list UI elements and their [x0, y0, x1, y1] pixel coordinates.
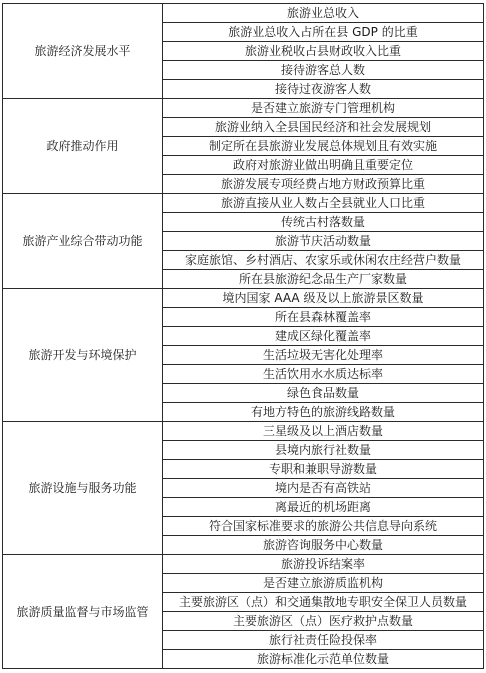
indicator-cell: 建成区绿化覆盖率 — [163, 327, 484, 346]
indicator-cell: 是否建立旅游质监机构 — [163, 574, 484, 593]
indicator-cell: 生活垃圾无害化处理率 — [163, 346, 484, 365]
indicator-cell: 离最近的机场距离 — [163, 498, 484, 517]
indicator-cell: 所在县森林覆盖率 — [163, 308, 484, 327]
table-row: 旅游质量监督与市场监管 旅游投诉结案率 — [3, 555, 484, 574]
indicator-cell: 旅游业税收占县财政收入比重 — [163, 42, 484, 61]
indicator-cell: 旅行社责任险投保率 — [163, 631, 484, 650]
indicator-cell: 绿色食品数量 — [163, 384, 484, 403]
category-cell: 旅游产业综合带动功能 — [3, 194, 163, 289]
indicator-cell: 接待游客总人数 — [163, 61, 484, 80]
indicator-cell: 主要旅游区（点）医疗救护点数量 — [163, 612, 484, 631]
indicator-cell: 制定所在县旅游业发展总体规划且有效实施 — [163, 137, 484, 156]
indicator-cell: 生活饮用水水质达标率 — [163, 365, 484, 384]
indicator-cell: 主要旅游区（点）和交通集散地专职安全保卫人员数量 — [163, 593, 484, 612]
indicator-cell: 旅游业总收入 — [163, 4, 484, 23]
table-row: 旅游产业综合带动功能 旅游直接从业人数占全县就业人口比重 — [3, 194, 484, 213]
indicator-cell: 政府对旅游业做出明确且重要定位 — [163, 156, 484, 175]
indicator-cell: 县境内旅行社数量 — [163, 441, 484, 460]
indicator-cell: 境内是否有高铁站 — [163, 479, 484, 498]
table-row: 旅游开发与环境保护 境内国家 AAA 级及以上旅游景区数量 — [3, 289, 484, 308]
indicator-cell: 接待过夜游客人数 — [163, 80, 484, 99]
indicator-cell: 家庭旅馆、乡村酒店、农家乐或休闲农庄经营户数量 — [163, 251, 484, 270]
indicator-cell: 旅游业总收入占所在县 GDP 的比重 — [163, 23, 484, 42]
indicator-cell: 符合国家标准要求的旅游公共信息导向系统 — [163, 517, 484, 536]
indicator-cell: 旅游发展专项经费占地方财政预算比重 — [163, 175, 484, 194]
table-row: 旅游设施与服务功能 三星级及以上酒店数量 — [3, 422, 484, 441]
table-row: 旅游经济发展水平 旅游业总收入 — [3, 4, 484, 23]
indicator-cell: 旅游咨询服务中心数量 — [163, 536, 484, 555]
indicator-cell: 旅游直接从业人数占全县就业人口比重 — [163, 194, 484, 213]
indicator-cell: 专职和兼职导游数量 — [163, 460, 484, 479]
indicator-cell: 境内国家 AAA 级及以上旅游景区数量 — [163, 289, 484, 308]
indicator-cell: 旅游业纳入全县国民经济和社会发展规划 — [163, 118, 484, 137]
category-cell: 旅游质量监督与市场监管 — [3, 555, 163, 669]
category-cell: 政府推动作用 — [3, 99, 163, 194]
indicator-cell: 旅游投诉结案率 — [163, 555, 484, 574]
category-cell: 旅游开发与环境保护 — [3, 289, 163, 422]
indicator-cell: 三星级及以上酒店数量 — [163, 422, 484, 441]
category-cell: 旅游设施与服务功能 — [3, 422, 163, 555]
table-row: 政府推动作用 是否建立旅游专门管理机构 — [3, 99, 484, 118]
indicator-cell: 传统古村落数量 — [163, 213, 484, 232]
indicator-cell: 所在县旅游纪念品生产厂家数量 — [163, 270, 484, 289]
indicator-cell: 有地方特色的旅游线路数量 — [163, 403, 484, 422]
category-cell: 旅游经济发展水平 — [3, 4, 163, 99]
indicator-cell: 是否建立旅游专门管理机构 — [163, 99, 484, 118]
indicator-cell: 旅游标准化示范单位数量 — [163, 650, 484, 669]
indicator-cell: 旅游节庆活动数量 — [163, 232, 484, 251]
indicator-table: 旅游经济发展水平 旅游业总收入 旅游业总收入占所在县 GDP 的比重 旅游业税收… — [2, 3, 484, 669]
